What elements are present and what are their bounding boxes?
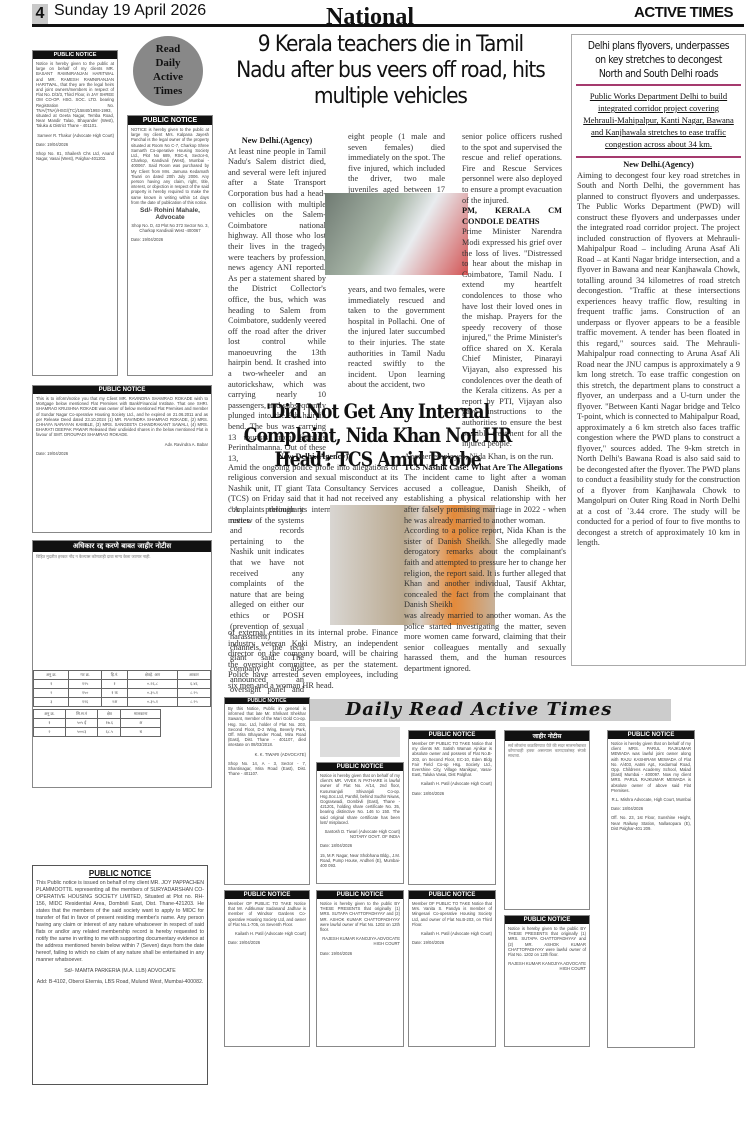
notice-signature: Sd/- MAMTA PARKERIA (M.A. LLB) ADVOCATE: [33, 966, 207, 977]
notice-date: Date: 19/04/2026: [409, 938, 495, 947]
story-text: The incident came to light after a woman…: [404, 473, 566, 526]
story-subhead: TCS Nashik Case: What Are The Allegation…: [404, 463, 566, 474]
sidebar-headline: Delhi plans flyovers, underpasses on key…: [582, 35, 734, 81]
table-header: क्षेत्रहे. आर: [128, 671, 178, 680]
notice-title: PUBLIC NOTICE: [608, 731, 694, 739]
notice-signature: Sd/- Rohini Mahale, Advocate: [128, 207, 212, 221]
notice-body: This is to inform/notice you that my Cli…: [33, 394, 211, 440]
notice-address: Off. No. 23, 1st Floor, Sunshine Height,…: [608, 813, 694, 833]
notice-title: जाहीर नोटीस: [505, 731, 589, 741]
story-text: senior police officers rushed to the spo…: [462, 132, 562, 206]
notice-body: विहित मुदतीत हरकत नोंद न केल्यास कोणताही…: [33, 552, 211, 670]
story1-photo-ambulance: [325, 193, 468, 275]
table-header: मालकाना: [121, 710, 161, 719]
public-notice-6: PUBLIC NOTICE Member OF PUBLIC TO TAKE N…: [408, 730, 496, 885]
table-header: क्षेत्र: [98, 710, 121, 719]
promo-line: Active: [133, 70, 203, 84]
land-record-table-2: अनु क्र. सि.स.नं क्षेत्र मालकाना १५०५ ई१…: [33, 709, 161, 737]
notice-title: PUBLIC NOTICE: [33, 51, 117, 59]
notice-title: अधिकार रद्द करणे बाबत जाहीर नोटीस: [33, 541, 211, 552]
notice-date: Date: 18/04/2026: [608, 804, 694, 813]
notice-signature: Kailash H. Patil (Advocate High Court): [409, 929, 495, 938]
notice-signature: Kailash H. Patil (Advocate High Court): [225, 929, 309, 938]
table-header: सि.स.नं: [65, 710, 98, 719]
table-row: ११२५१०-२६-८६.४६: [34, 680, 211, 689]
notice-title: PUBLIC NOTICE: [33, 866, 207, 878]
notice-signature: RAJESH KUMAR KANOJIYA ADVOCATE HIGH COUR…: [505, 959, 589, 973]
public-notice-4: PUBLIC NOTICE This Public notice is issu…: [32, 865, 208, 1085]
land-record-table-1: अनु क्र. गट क्र. हि.नं. क्षेत्रहे. आर आक…: [33, 670, 211, 707]
sidebar-subhead: Public Works Department Delhi to build i…: [576, 84, 741, 154]
story-text: Aiming to decongest four key road stretc…: [577, 171, 740, 549]
story-subhead: PM, KERALA CM CONDOLE DEATHS: [462, 206, 562, 227]
notice-body: सर्व लोकांना कळविण्यात येते की सदर मालमत…: [505, 741, 589, 761]
promo-line: Read: [133, 42, 203, 56]
notice-date: Date: 18/04/2026: [317, 841, 403, 850]
notice-title: PUBLIC NOTICE: [317, 891, 403, 899]
notice-address: 15, M.P. Nagar, Near Shobhana Bldg., J.M…: [317, 851, 403, 871]
marathi-public-notice: जाहीर नोटीस सर्व लोकांना कळविण्यात येते …: [504, 730, 590, 910]
notice-body: Notice is hereby given to the public at …: [33, 59, 117, 131]
story-text: years, and two females, were immediately…: [348, 285, 445, 391]
masthead-brand: ACTIVE TIMES: [634, 4, 733, 21]
public-notice-3: PUBLIC NOTICE This is to inform/notice y…: [32, 385, 212, 533]
dateline: New Delhi.(Agency): [228, 452, 398, 463]
story1-col2b: years, and two females, were immediately…: [348, 285, 445, 391]
page-number: 4: [32, 4, 48, 24]
notice-body: Notice is hereby given to the public BY …: [505, 924, 589, 959]
public-notice-2: PUBLIC NOTICE NOTICE is hereby given to …: [127, 115, 213, 376]
table-header: गट क्र.: [69, 671, 101, 680]
notice-title: PUBLIC NOTICE: [128, 116, 212, 125]
table-row: ३१२६२अ०-३५-१८.२५: [34, 698, 211, 707]
table-header: हि.नं.: [101, 671, 127, 680]
promo-read-daily-active-times: Read Daily Active Times: [133, 36, 203, 106]
story2-col2: Another employee, Nida Khan, is on the r…: [404, 452, 566, 674]
notice-date: Date: 19/04/2026: [317, 949, 403, 958]
story2-col1b: of external entities in its internal pro…: [228, 628, 398, 692]
table-header: अनु क्र.: [34, 710, 66, 719]
dateline: New Delhi.(Agency): [577, 160, 740, 171]
divider: [576, 156, 741, 158]
public-notice-9: PUBLIC NOTICE Member OF PUBLIC TO TAKE N…: [224, 890, 310, 1047]
notice-body: Member OF PUBLIC TO TAKE Notice that Mr.…: [225, 899, 309, 929]
notice-signature: K. K. TIWARI (ADVOCATE): [225, 750, 309, 759]
table-row: १५०५ ई१७.६अ: [34, 719, 161, 728]
sidebar-body: New Delhi.(Agency) Aiming to decongest f…: [572, 160, 745, 549]
notice-date: Date: 19/04/2026: [33, 449, 211, 458]
notice-signature: RAJESH KUMAR KANOJIYA ADVOCATE HIGH COUR…: [317, 934, 403, 948]
notice-date: Date: 19/04/2026: [128, 235, 212, 244]
ad-placeholder: [320, 727, 400, 757]
header-rule: [32, 24, 744, 27]
daily-read-banner: Daily Read Active Times: [287, 699, 671, 721]
table-row: २५००/३६८.५ब: [34, 728, 161, 737]
story-text: of external entities in its internal pro…: [228, 628, 398, 692]
story-text: Another employee, Nida Khan, is on the r…: [404, 452, 566, 463]
notice-body: NOTICE is hereby given to the public at …: [128, 125, 212, 207]
notice-date: Date: 18/04/2026: [409, 789, 495, 798]
notice-title: PUBLIC NOTICE: [225, 891, 309, 899]
sidebar-story: Delhi plans flyovers, underpasses on key…: [571, 34, 746, 666]
notice-signature: Kailash H. Patil (Advocate High Court): [409, 779, 495, 788]
notice-address: Shop No. 14, A - 3, Sector - 7, Shantina…: [225, 759, 309, 779]
notice-title: PUBLIC NOTICE: [33, 386, 211, 394]
notice-title: PUBLIC NOTICE: [409, 891, 495, 899]
notice-address: Shop No. D, 43 Plot No 372 Sector No. 3,…: [128, 221, 212, 235]
dateline: New Delhi.(Agency): [228, 136, 326, 147]
notice-body: Notice is hereby given that on behalf of…: [608, 739, 694, 795]
notice-signature: Adv. Ravindra A. Babar: [33, 440, 211, 449]
public-notice-11: PUBLIC NOTICE Member OF PUBLIC TO TAKE N…: [408, 890, 496, 1047]
table-row: २१५०१ क०-३५-१८.२५: [34, 689, 211, 698]
public-notice-8: PUBLIC NOTICE By this Notice, Public in …: [224, 697, 310, 885]
table-header: अनु क्र.: [34, 671, 69, 680]
notice-title: PUBLIC NOTICE: [409, 731, 495, 739]
notice-address: Shop No. 81, Shailesh Chs Ltd, Anand Nag…: [33, 149, 117, 163]
public-notice-1: PUBLIC NOTICE Notice is hereby given to …: [32, 50, 118, 376]
notice-body: Notice is hereby given that on behalf of…: [317, 771, 403, 827]
notice-title: PUBLIC NOTICE: [317, 763, 403, 771]
notice-signature: Santosh D. Tiwari (Advocate High Court) …: [317, 827, 403, 841]
public-notice-10: PUBLIC NOTICE Notice is hereby given to …: [316, 890, 404, 1047]
table-header: आकार: [177, 671, 210, 680]
notice-date: Date: 19/04/2026: [225, 938, 309, 947]
story1-headline: 9 Kerala teachers die in Tamil Nadu afte…: [234, 32, 547, 110]
story-text: According to a police report, Nida Khan …: [404, 526, 566, 611]
notice-body: Member OF PUBLIC TO TAKE Notice that my …: [409, 739, 495, 779]
notice-date: Date: 19/04/2026: [33, 140, 117, 149]
notice-address: Add: B-4102, Oberoi Eternia, LBS Road, M…: [33, 977, 207, 988]
notice-body: Notice is hereby given to the public BY …: [317, 899, 403, 934]
public-notice-7: PUBLIC NOTICE Notice is hereby given tha…: [607, 730, 695, 1048]
public-notice-5: PUBLIC NOTICE Notice is hereby given tha…: [316, 762, 404, 884]
notice-signature: R.L. Mishra Advocate, High Court, Mumbai: [608, 795, 694, 804]
notice-body: By this Notice, Public in general is inf…: [225, 704, 309, 750]
public-notice-12: PUBLIC NOTICE Notice is hereby given to …: [504, 915, 590, 1047]
marathi-notice: अधिकार रद्द करणे बाबत जाहीर नोटीस विहित …: [32, 540, 212, 788]
issue-date: Sunday 19 April 2026: [54, 2, 206, 20]
promo-line: Daily: [133, 56, 203, 70]
promo-line: Times: [133, 84, 203, 98]
notice-signature: Sameer R. Thakur (Advocate High Court): [33, 131, 117, 140]
notice-body: This Public notice is issued on behalf o…: [33, 878, 207, 966]
story-text: was already married to another woman. As…: [404, 611, 566, 675]
notice-title: PUBLIC NOTICE: [505, 916, 589, 924]
notice-body: Member OF PUBLIC TO TAKE Notice that Mrs…: [409, 899, 495, 929]
